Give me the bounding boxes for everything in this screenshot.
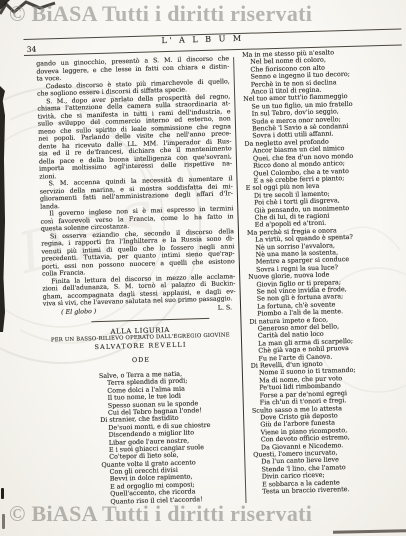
left-column: gando un ginocchio, presentò a S. M. il … xyxy=(36,55,241,507)
ode-right-column-verses: Ma in me stesso più n'esaltoNel bel nome… xyxy=(242,47,406,496)
ode-genre-label: ODE xyxy=(44,353,237,366)
author-initials: L. S. xyxy=(218,304,232,312)
edge-mark xyxy=(2,514,5,529)
section-divider xyxy=(91,317,209,321)
article-text: gando un ginocchio, presentò a S. M. il … xyxy=(36,55,236,308)
ode-left-column-verses: Salve, o Terra a me natia,Terra splendid… xyxy=(45,369,242,507)
ode-dedication: ALLA LIGURIAPER UN BASSO-RILIEVO OPERATO… xyxy=(44,324,238,353)
poem-line: Quanto riso il ciel t'accorda! xyxy=(102,495,241,506)
edge-mark xyxy=(1,488,4,499)
scanned-page: DES 34 L' A L B U M gando un ginocchio, … xyxy=(0,0,406,536)
attribution-source: ( El globo ) xyxy=(61,308,96,316)
page-scan-content: 34 L' A L B U M gando un ginocchio, pres… xyxy=(0,0,406,536)
